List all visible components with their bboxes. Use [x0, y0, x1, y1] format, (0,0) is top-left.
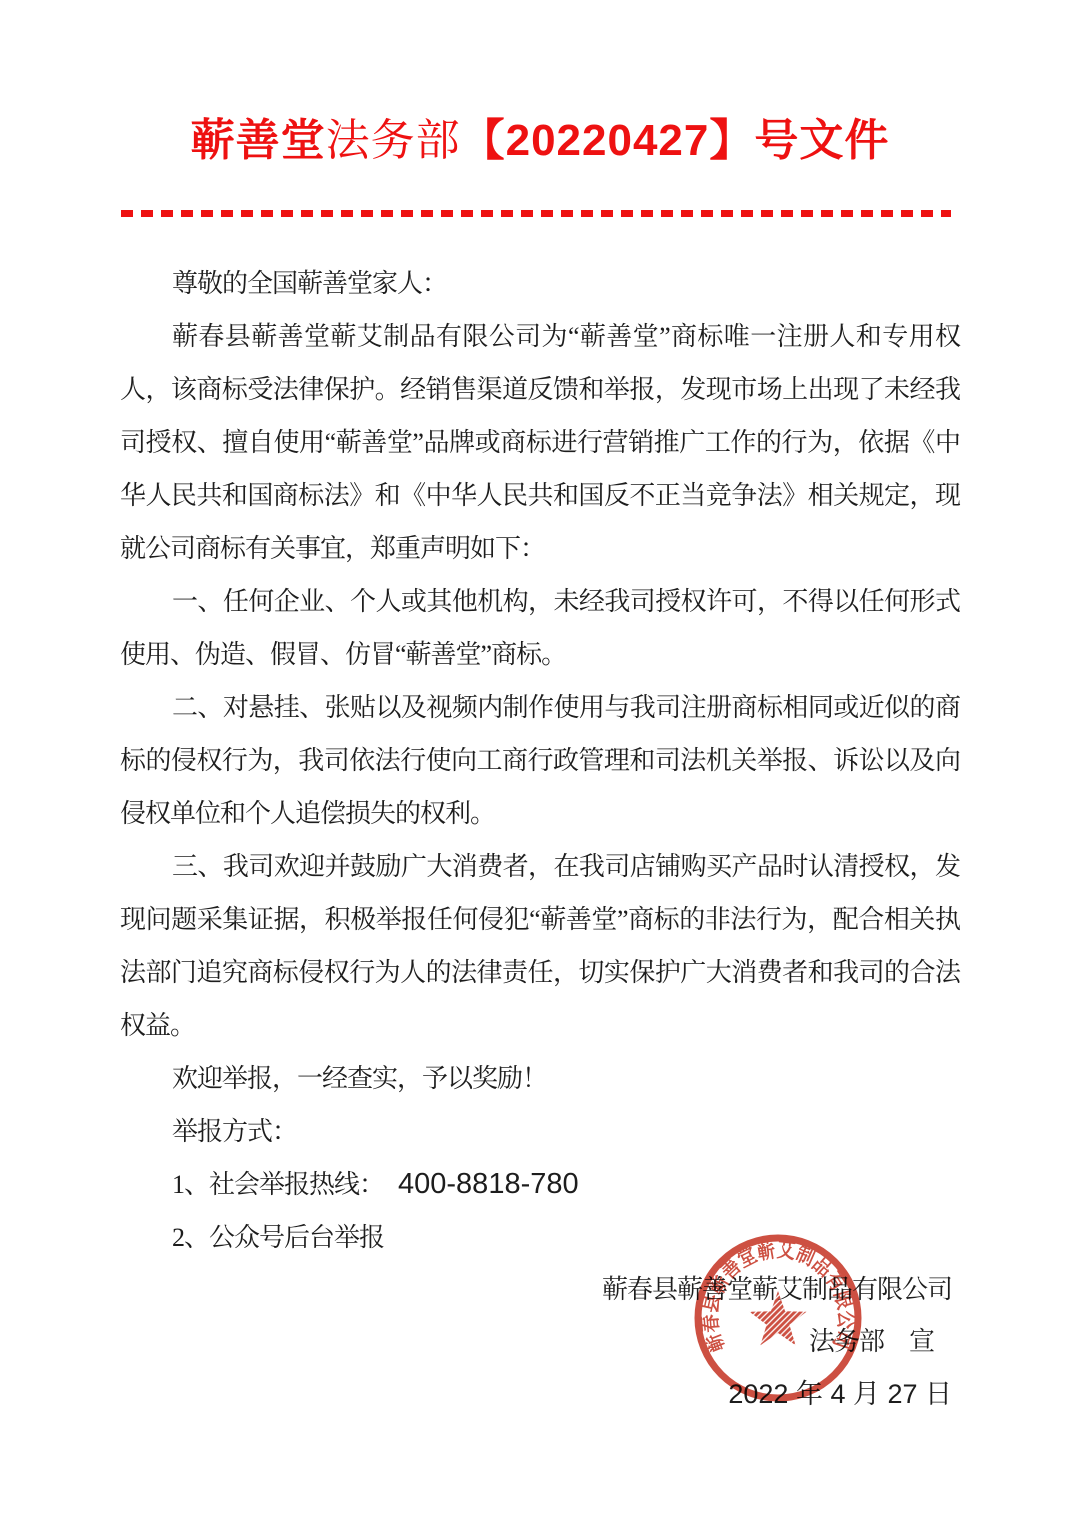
reward-note: 欢迎举报，一经查实，予以奖励！ [120, 1052, 960, 1105]
hotline-label: 1、社会举报热线： [172, 1170, 384, 1199]
hotline-line: 1、社会举报热线：400-8818-780 [120, 1158, 960, 1211]
report-methods-label: 举报方式： [120, 1105, 960, 1158]
paragraph-item-2: 二、对悬挂、张贴以及视频内制作使用与我司注册商标相同或近似的商标的侵权行为，我司… [120, 681, 960, 840]
red-dashed-divider [121, 210, 951, 217]
star-icon [750, 1291, 807, 1345]
document-page: 蕲善堂法务部【20220427】号文件 尊敬的全国蕲善堂家人： 蕲春县蕲善堂蕲艾… [0, 0, 1080, 1526]
paragraph-intro: 蕲春县蕲善堂蕲艾制品有限公司为“蕲善堂”商标唯一注册人和专用权人，该商标受法律保… [120, 310, 960, 575]
title-doc-number: 【20220427】号文件 [461, 116, 890, 165]
title-dept: 法务部 [326, 116, 461, 165]
hotline-number: 400-8818-780 [398, 1168, 579, 1200]
company-seal: 蕲春县蕲善堂蕲艾制品有限公司 [668, 1208, 888, 1428]
document-title: 蕲善堂法务部【20220427】号文件 [0, 0, 1080, 170]
paragraph-item-3: 三、我司欢迎并鼓励广大消费者，在我司店铺购买产品时认清授权，发现问题采集证据，积… [120, 840, 960, 1052]
salutation: 尊敬的全国蕲善堂家人： [120, 257, 960, 310]
title-brand: 蕲善堂 [191, 116, 326, 165]
paragraph-item-1: 一、任何企业、个人或其他机构，未经我司授权许可，不得以任何形式使用、伪造、假冒、… [120, 575, 960, 681]
